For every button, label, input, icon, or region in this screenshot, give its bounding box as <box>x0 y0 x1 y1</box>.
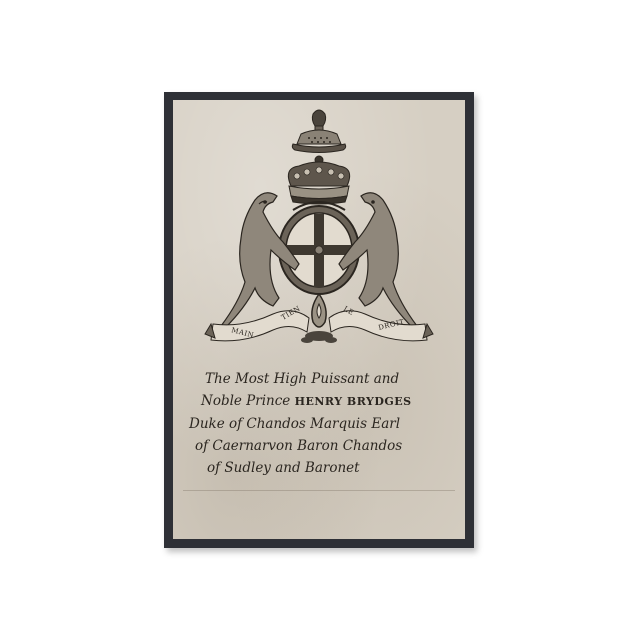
inscription-line-4: of Caernarvon Baron Chandos <box>187 435 455 457</box>
dedication-inscription: The Most High Puissant and Noble Prince … <box>187 368 455 479</box>
coat-of-arms: MAIN TIEN LE DROIT <box>173 100 465 380</box>
foliage-icon <box>301 331 337 343</box>
left-otter-supporter-icon <box>221 193 299 328</box>
inscription-line-2: Noble Prince HENRY BRYDGES <box>187 390 455 413</box>
engraving-paper: MAIN TIEN LE DROIT The Most High Puissan… <box>173 100 465 539</box>
crest-icon <box>292 110 345 153</box>
picture-frame: MAIN TIEN LE DROIT The Most High Puissan… <box>164 92 474 548</box>
crown-icon <box>288 156 349 204</box>
inscription-line-3: Duke of Chandos Marquis Earl <box>187 413 455 435</box>
inscription-line-2-prefix: Noble Prince <box>201 393 295 409</box>
inscription-line-5: of Sudley and Baronet <box>187 457 455 479</box>
inscription-name: HENRY BRYDGES <box>295 395 412 408</box>
plate-mark-line <box>183 490 455 491</box>
inscription-line-1: The Most High Puissant and <box>187 368 455 390</box>
